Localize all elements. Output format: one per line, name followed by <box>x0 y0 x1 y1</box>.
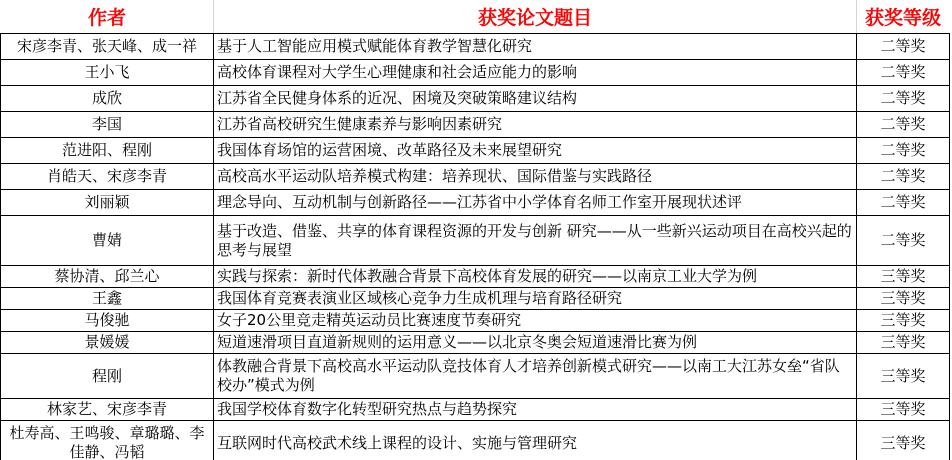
level-cell[interactable]: 三等奖 <box>857 266 950 288</box>
title-cell[interactable]: 短道速滑项目直道新规则的运用意义——以北京冬奥会短道速滑比赛为例 <box>214 332 857 354</box>
table-row: 景媛媛 短道速滑项目直道新规则的运用意义——以北京冬奥会短道速滑比赛为例 三等奖 <box>1 332 950 354</box>
title-cell[interactable]: 江苏省全民健身体系的近况、困境及突破策略建议结构 <box>214 86 857 112</box>
table-row: 王鑫 我国体育竞赛表演业区域核心竞争力生成机理与培育路径研究 三等奖 <box>1 288 950 310</box>
table-row: 马俊驰 女子20公里竞走精英运动员比赛速度节奏研究 三等奖 <box>1 310 950 332</box>
author-cell[interactable]: 王小飞 <box>1 60 214 86</box>
level-cell[interactable]: 三等奖 <box>857 332 950 354</box>
table-row: 林家艺、宋彦李青 我国学校体育数字化转型研究热点与趋势探究 三等奖 <box>1 399 950 421</box>
table-row: 王小飞 高校体育课程对大学生心理健康和社会适应能力的影响 二等奖 <box>1 60 950 86</box>
header-author[interactable]: 作者 <box>1 0 214 34</box>
table-row: 成欣 江苏省全民健身体系的近况、困境及突破策略建议结构 二等奖 <box>1 86 950 112</box>
table-row: 曹婧 基于改造、借鉴、共享的体育课程资源的开发与创新 研究——从一些新兴运动项目… <box>1 216 950 266</box>
author-cell[interactable]: 景媛媛 <box>1 332 214 354</box>
level-cell[interactable]: 二等奖 <box>857 86 950 112</box>
level-cell[interactable]: 二等奖 <box>857 164 950 190</box>
level-cell[interactable]: 二等奖 <box>857 112 950 138</box>
author-cell[interactable]: 宋彦李青、张天峰、成一祥 <box>1 34 214 60</box>
author-cell[interactable]: 李国 <box>1 112 214 138</box>
level-cell[interactable]: 二等奖 <box>857 190 950 216</box>
header-title[interactable]: 获奖论文题目 <box>214 0 857 34</box>
title-cell[interactable]: 高校体育课程对大学生心理健康和社会适应能力的影响 <box>214 60 857 86</box>
level-cell[interactable]: 二等奖 <box>857 34 950 60</box>
title-cell[interactable]: 基于改造、借鉴、共享的体育课程资源的开发与创新 研究——从一些新兴运动项目在高校… <box>214 216 857 266</box>
author-cell[interactable]: 刘丽颖 <box>1 190 214 216</box>
title-cell[interactable]: 体教融合背景下高校高水平运动队竞技体育人才培养创新模式研究——以南工大江苏女垒“… <box>214 354 857 399</box>
author-cell[interactable]: 肖皓天、宋彦李青 <box>1 164 214 190</box>
author-cell[interactable]: 程刚 <box>1 354 214 399</box>
level-cell[interactable]: 二等奖 <box>857 216 950 266</box>
author-cell[interactable]: 马俊驰 <box>1 310 214 332</box>
title-cell[interactable]: 实践与探索：新时代体教融合背景下高校体育发展的研究——以南京工业大学为例 <box>214 266 857 288</box>
award-papers-table: 作者 获奖论文题目 获奖等级 宋彦李青、张天峰、成一祥 基于人工智能应用模式赋能… <box>0 0 950 460</box>
title-cell[interactable]: 女子20公里竞走精英运动员比赛速度节奏研究 <box>214 310 857 332</box>
author-cell[interactable]: 王鑫 <box>1 288 214 310</box>
award-table-sheet: 作者 获奖论文题目 获奖等级 宋彦李青、张天峰、成一祥 基于人工智能应用模式赋能… <box>0 0 952 460</box>
level-cell[interactable]: 三等奖 <box>857 310 950 332</box>
title-cell[interactable]: 互联网时代高校武术线上课程的设计、实施与管理研究 <box>214 421 857 460</box>
header-row: 作者 获奖论文题目 获奖等级 <box>1 0 950 34</box>
level-cell[interactable]: 二等奖 <box>857 138 950 164</box>
level-cell[interactable]: 三等奖 <box>857 421 950 460</box>
author-cell[interactable]: 曹婧 <box>1 216 214 266</box>
title-cell[interactable]: 高校高水平运动队培养模式构建：培养现状、国际借鉴与实践路径 <box>214 164 857 190</box>
author-cell[interactable]: 蔡协清、邱兰心 <box>1 266 214 288</box>
header-level[interactable]: 获奖等级 <box>857 0 950 34</box>
author-cell[interactable]: 林家艺、宋彦李青 <box>1 399 214 421</box>
title-cell[interactable]: 理念导向、互动机制与创新路径——江苏省中小学体育名师工作室开展现状述评 <box>214 190 857 216</box>
table-row: 范进阳、程刚 我国体育场馆的运营困境、改革路径及未来展望研究 二等奖 <box>1 138 950 164</box>
author-cell[interactable]: 杜寿高、王鸣骏、章璐璐、李佳静、冯韬 <box>1 421 214 460</box>
table-row: 蔡协清、邱兰心 实践与探索：新时代体教融合背景下高校体育发展的研究——以南京工业… <box>1 266 950 288</box>
level-cell[interactable]: 三等奖 <box>857 399 950 421</box>
title-cell[interactable]: 江苏省高校研究生健康素养与影响因素研究 <box>214 112 857 138</box>
table-row: 李国 江苏省高校研究生健康素养与影响因素研究 二等奖 <box>1 112 950 138</box>
title-cell[interactable]: 基于人工智能应用模式赋能体育教学智慧化研究 <box>214 34 857 60</box>
author-cell[interactable]: 成欣 <box>1 86 214 112</box>
table-row: 刘丽颖 理念导向、互动机制与创新路径——江苏省中小学体育名师工作室开展现状述评 … <box>1 190 950 216</box>
title-cell[interactable]: 我国体育场馆的运营困境、改革路径及未来展望研究 <box>214 138 857 164</box>
title-cell[interactable]: 我国学校体育数字化转型研究热点与趋势探究 <box>214 399 857 421</box>
author-cell[interactable]: 范进阳、程刚 <box>1 138 214 164</box>
level-cell[interactable]: 二等奖 <box>857 60 950 86</box>
level-cell[interactable]: 三等奖 <box>857 288 950 310</box>
table-row: 杜寿高、王鸣骏、章璐璐、李佳静、冯韬 互联网时代高校武术线上课程的设计、实施与管… <box>1 421 950 460</box>
table-row: 肖皓天、宋彦李青 高校高水平运动队培养模式构建：培养现状、国际借鉴与实践路径 二… <box>1 164 950 190</box>
table-row: 程刚 体教融合背景下高校高水平运动队竞技体育人才培养创新模式研究——以南工大江苏… <box>1 354 950 399</box>
title-cell[interactable]: 我国体育竞赛表演业区域核心竞争力生成机理与培育路径研究 <box>214 288 857 310</box>
table-row: 宋彦李青、张天峰、成一祥 基于人工智能应用模式赋能体育教学智慧化研究 二等奖 <box>1 34 950 60</box>
level-cell[interactable]: 三等奖 <box>857 354 950 399</box>
